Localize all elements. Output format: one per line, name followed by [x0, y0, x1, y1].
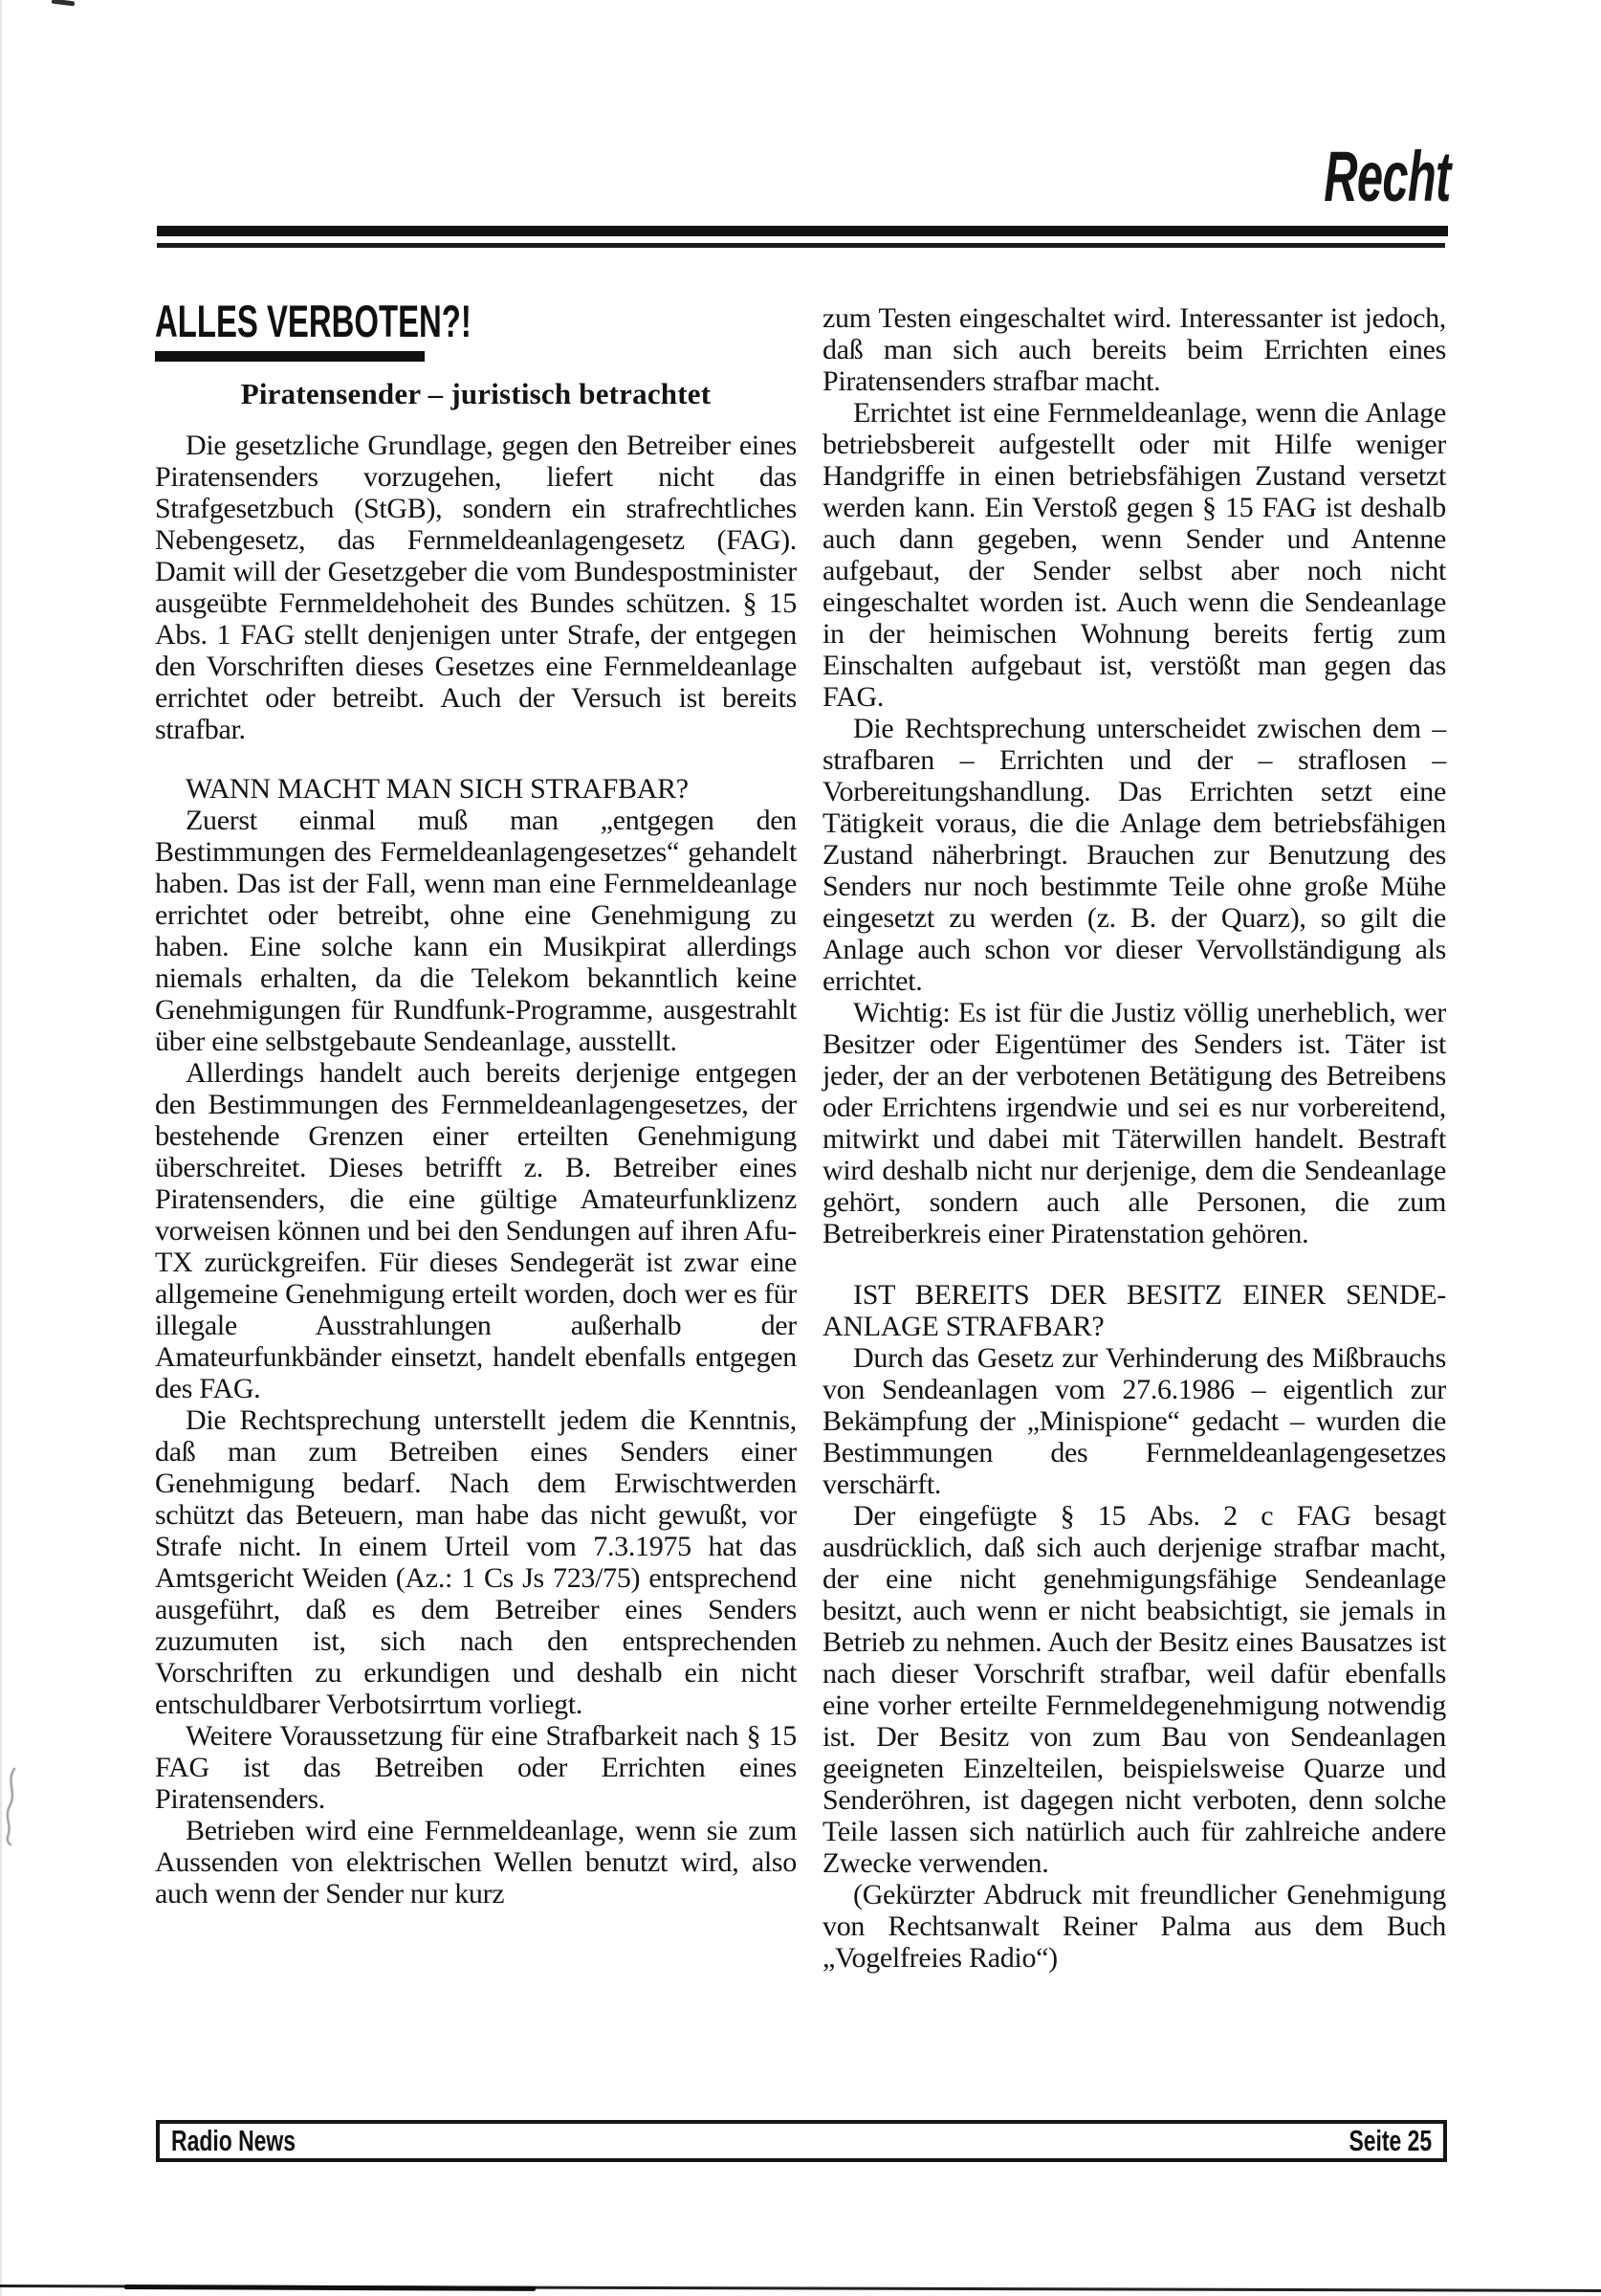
page-number: Seite 25 — [1349, 2124, 1432, 2158]
paragraph: zum Testen eingeschaltet wird. Interessa… — [822, 302, 1446, 397]
section-header: Recht — [1259, 142, 1451, 212]
paragraph: (Gekürzter Abdruck mit freundlicher Gene… — [822, 1879, 1446, 1974]
bottom-scan-line-thick — [124, 2285, 536, 2291]
right-column: zum Testen eingeschaltet wird. Interessa… — [822, 302, 1446, 1974]
paragraph: Durch das Gesetz zur Verhinderung des Mi… — [822, 1342, 1446, 1500]
subheading-strafbar: WANN MACHT MAN SICH STRAFBAR? — [155, 773, 797, 805]
header-rule-thin — [157, 243, 1445, 248]
pen-mark — [1, 1766, 24, 1846]
article-headline: ALLES VERBOTEN?! — [155, 298, 797, 344]
left-column: ALLES VERBOTEN?! Piratensender – juristi… — [155, 298, 797, 1910]
footer-bar: Radio News Seite 25 — [156, 2120, 1447, 2162]
paragraph: Zuerst einmal muß man „entgegen den Best… — [155, 805, 797, 1057]
page-left-edge-shadow — [0, 0, 2, 2296]
scanned-magazine-page: { "page": { "section_label": "Recht", "h… — [0, 0, 1601, 2296]
paragraph: Allerdings handelt auch bereits derjenig… — [155, 1057, 797, 1404]
subheading-besitz: IST BEREITS DER BESITZ EINER SENDE-ANLAG… — [822, 1279, 1446, 1342]
paragraph: Errichtet ist eine Fernmeldeanlage, wenn… — [822, 397, 1446, 713]
article-subtitle: Piratensender – juristisch betrachtet — [155, 378, 797, 409]
section-header-label: Recht — [1325, 142, 1451, 212]
paragraph: Betrieben wird eine Fernmeldeanlage, wen… — [155, 1815, 797, 1910]
scan-speck — [52, 0, 75, 6]
paragraph: Der eingefügte § 15 Abs. 2 c FAG besagt … — [822, 1500, 1446, 1879]
paragraph: Weitere Voraussetzung für eine Strafbark… — [155, 1720, 797, 1815]
paragraph: Die Rechtsprechung unterstellt jedem die… — [155, 1404, 797, 1720]
header-rule-thick — [157, 226, 1448, 236]
magazine-name: Radio News — [171, 2124, 296, 2158]
headline-underline-bar — [155, 351, 425, 362]
paragraph: Die Rechtsprechung unterscheidet zwische… — [822, 713, 1446, 997]
paragraph: Wichtig: Es ist für die Justiz völlig un… — [822, 997, 1446, 1249]
paragraph: Die gesetzliche Grundlage, gegen den Bet… — [155, 430, 797, 745]
